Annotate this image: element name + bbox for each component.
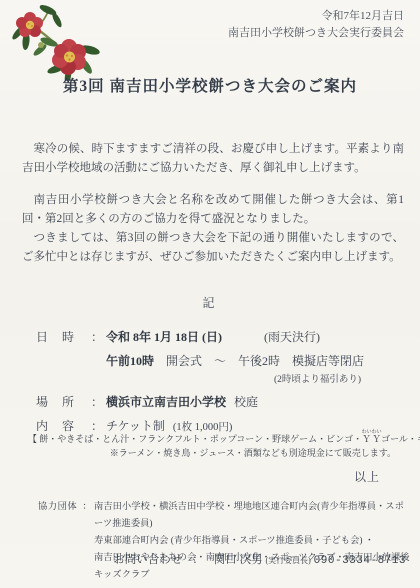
document-page: 令和7年12月吉日 南吉田小学校餅つき大会実行委員会 第3回 南吉田小学校餅つき…	[0, 0, 420, 588]
datetime-row: 日 時 ： 令和 8年 1月 18日 (日) (雨天決行)	[36, 328, 406, 345]
org-line: 南吉田小学校・横浜吉田中学校・埋地地区連合町内会(青少年指導員・スポーツ推進委員…	[94, 499, 412, 533]
colon: ：	[88, 393, 106, 410]
colon: ：	[80, 499, 94, 584]
ticket-items-before: 【 餅・やきそば・とん汁・フランクフルト・ポップコーン・野球ゲーム・ビンゴ・	[28, 434, 362, 444]
ticket-items-line: 【 餅・やきそば・とん汁・フランクフルト・ポップコーン・野球ゲーム・ビンゴ・ＹＹ…	[28, 430, 408, 446]
contact-label: お問い合わせ	[113, 554, 182, 566]
colon: ：	[192, 554, 204, 566]
contact-role: (実行委員長)	[265, 556, 310, 565]
contact-name: 関口 次男	[214, 554, 263, 566]
sender-committee: 南吉田小学校餅つき大会実行委員会	[228, 25, 404, 42]
page-title: 第3回 南吉田小学校餅つき大会のご案内	[0, 74, 420, 96]
org-line: 寿東部連合町内会 (青少年指導員・スポーツ推進委員・子ども会) ・	[94, 533, 412, 550]
contact-phone: 090-3334-8713	[314, 555, 406, 567]
place-value: 横浜市立南吉田小学校	[106, 393, 226, 410]
yy-goal-base: ＹＹ	[362, 434, 382, 444]
start-time: 午前10時	[106, 354, 154, 368]
cash-sale-note: ※ラーメン・焼き鳥・ジュース・酒類なども別途現金にて販売します。	[0, 446, 396, 459]
body-paragraph: つきましては、第3回の餅つき大会を下記の通り開催いたしますので、ご多忙中とは存じ…	[22, 229, 404, 267]
issue-date: 令和7年12月吉日	[228, 8, 404, 25]
contact-info: お問い合わせ：関口 次男 (実行委員長) 090-3334-8713	[0, 551, 406, 567]
org-label: 協力団体	[38, 499, 80, 584]
datetime-label: 日 時	[36, 328, 88, 345]
time-row: 午前10時 開会式 ～ 午後2時 模擬店等閉店	[36, 352, 406, 369]
notice-marker: 記	[0, 294, 420, 311]
cooperating-organizations: 協力団体 ： 南吉田小学校・横浜吉田中学校・埋地地区連合町内会(青少年指導員・ス…	[38, 499, 412, 584]
place-suffix: 校庭	[234, 393, 258, 410]
place-label: 場 所	[36, 393, 88, 410]
sender-block: 令和7年12月吉日 南吉田小学校餅つき大会実行委員会	[228, 8, 404, 42]
camellia-flower-icon	[4, 0, 104, 85]
place-row: 場 所 ： 横浜市立南吉田小学校 校庭	[36, 393, 406, 410]
body-text: 寒冷の候、時下ますますご清祥の段、お慶び申し上げます。平素より南吉田小学校地域の…	[22, 140, 404, 267]
datetime-value: 令和 8年 1月 18日 (日)	[106, 328, 222, 345]
lottery-note: (2時頃より福引あり)	[36, 371, 406, 385]
yy-goal-ruby: ＹＹわいわい	[362, 434, 381, 444]
yy-goal-furigana: わいわい	[362, 430, 382, 435]
body-paragraph: 寒冷の候、時下ますますご清祥の段、お慶び申し上げます。平素より南吉田小学校地域の…	[22, 140, 404, 178]
body-paragraph: 南吉田小学校餅つき大会と名称を改めて開催した餅つき大会は、第1回・第2回と多くの…	[22, 191, 404, 229]
colon: ：	[88, 328, 106, 345]
closing-mark: 以上	[354, 468, 380, 485]
ticket-items-after: ゴール・キッズゲーム】	[381, 434, 420, 444]
event-details: 日 時 ： 令和 8年 1月 18日 (日) (雨天決行) 午前10時 開会式 …	[36, 328, 406, 441]
org-lines: 南吉田小学校・横浜吉田中学校・埋地地区連合町内会(青少年指導員・スポーツ推進委員…	[94, 499, 412, 584]
time-detail: 開会式 ～ 午後2時 模擬店等閉店	[154, 354, 364, 368]
rain-note: (雨天決行)	[264, 328, 320, 345]
